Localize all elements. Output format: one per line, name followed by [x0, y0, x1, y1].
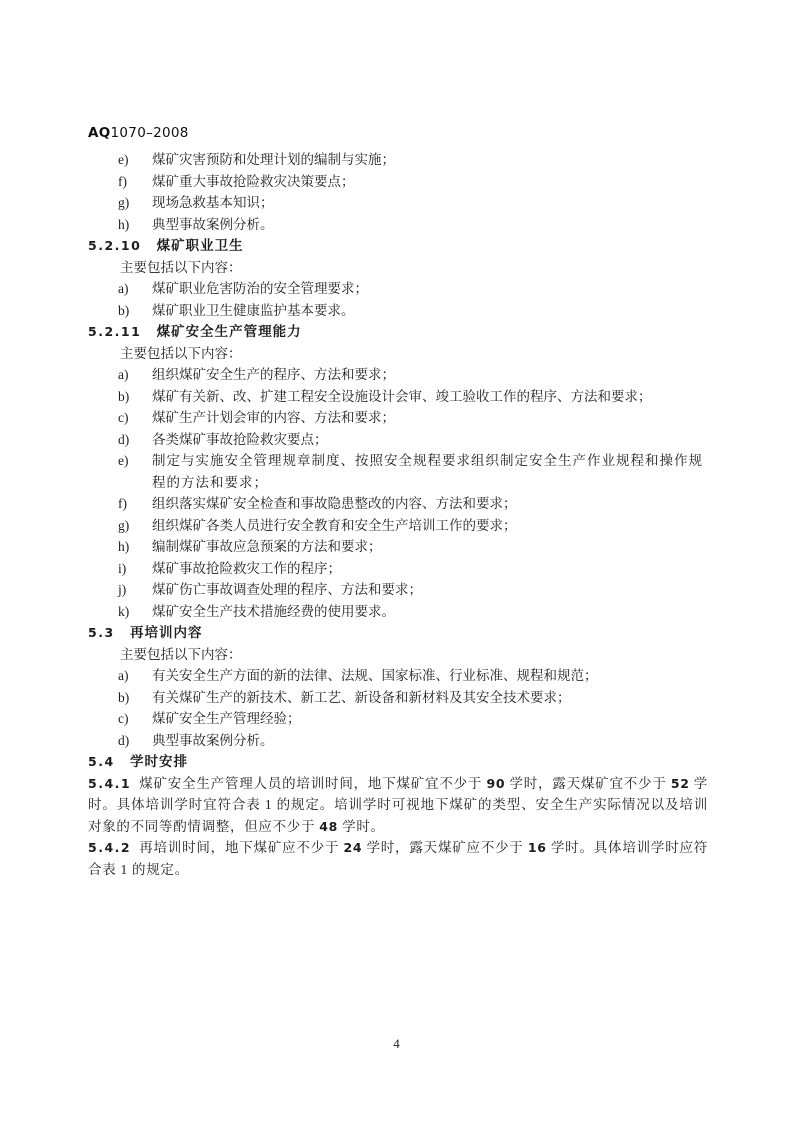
list-item: j) 煤矿伤亡事故调查处理的程序、方法和要求；: [88, 579, 708, 601]
list-item-text: 煤矿职业卫生健康监护基本要求。: [152, 303, 355, 318]
list-item: k) 煤矿安全生产技术措施经费的使用要求。: [88, 601, 708, 623]
standard-code-number: 1070–2008: [111, 125, 189, 141]
list-item-label: b): [118, 687, 129, 709]
list-item-label: b): [118, 386, 129, 408]
section-title: 再培训内容: [130, 625, 203, 640]
list-item-text: 各类煤矿事故抢险救灾要点；: [152, 432, 328, 447]
list-item-text: 煤矿安全生产管理经验；: [152, 711, 301, 726]
list-item-text: 有关煤矿生产的新技术、新工艺、新设备和新材料及其安全技术要求；: [152, 690, 571, 705]
section-heading-5-3: 5.3 再培训内容: [88, 622, 708, 644]
list-item: h) 编制煤矿事故应急预案的方法和要求；: [88, 536, 708, 558]
list-item: b) 有关煤矿生产的新技术、新工艺、新设备和新材料及其安全技术要求；: [88, 687, 708, 709]
clause-5-4-2: 5.4.2再培训时间，地下煤矿应不少于 24 学时，露天煤矿应不少于 16 学时…: [88, 837, 708, 880]
clause-text: 学时，露天煤矿应不少于: [362, 840, 528, 855]
clause-number: 5.4.1: [88, 776, 131, 791]
clause-5-4-1: 5.4.1煤矿安全生产管理人员的培训时间，地下煤矿宜不少于 90 学时，露天煤矿…: [88, 773, 708, 838]
list-item-label: a): [118, 665, 129, 687]
section-title: 学时安排: [130, 754, 188, 769]
list-item: i) 煤矿事故抢险救灾工作的程序；: [88, 558, 708, 580]
hours-value: 48: [319, 819, 338, 834]
list-item: a) 煤矿职业危害防治的安全管理要求；: [88, 278, 708, 300]
list-item: a) 有关安全生产方面的新的法律、法规、国家标准、行业标准、规程和规范；: [88, 665, 708, 687]
list-item: c) 煤矿生产计划会审的内容、方法和要求；: [88, 407, 708, 429]
list-item-label: d): [118, 429, 129, 451]
list-item: c) 煤矿安全生产管理经验；: [88, 708, 708, 730]
list-item-text: 典型事故案例分析。: [152, 217, 274, 232]
document-page: AQ1070–2008 e) 煤矿灾害预防和处理计划的编制与实施； f) 煤矿重…: [0, 0, 793, 1122]
intro-line: 主要包括以下内容：: [88, 257, 708, 279]
standard-code-prefix: AQ: [88, 125, 111, 141]
list-item-text: 煤矿生产计划会审的内容、方法和要求；: [152, 410, 395, 425]
list-item: g) 现场急救基本知识；: [88, 192, 708, 214]
list-item-text: 组织煤矿安全生产的程序、方法和要求；: [152, 367, 395, 382]
list-item: a) 组织煤矿安全生产的程序、方法和要求；: [88, 364, 708, 386]
page-number: 4: [393, 1036, 400, 1051]
hours-value: 52: [671, 776, 690, 791]
list-item-text: 煤矿灾害预防和处理计划的编制与实施；: [152, 152, 395, 167]
list-item-label: c): [118, 708, 129, 730]
clause-text: 再培训时间，地下煤矿应不少于: [139, 840, 343, 855]
list-item-text: 制定与实施安全管理规章制度、按照安全规程要求组织制定安全生产作业规程和操作规程的…: [152, 453, 703, 490]
section-heading-5-2-10: 5.2.10 煤矿职业卫生: [88, 235, 708, 257]
list-item-text: 组织落实煤矿安全检查和事故隐患整改的内容、方法和要求；: [152, 496, 517, 511]
section-heading-5-2-11: 5.2.11 煤矿安全生产管理能力: [88, 321, 708, 343]
list-item-text: 有关安全生产方面的新的法律、法规、国家标准、行业标准、规程和规范；: [152, 668, 598, 683]
list-item-label: e): [118, 450, 129, 472]
list-item-text: 编制煤矿事故应急预案的方法和要求；: [152, 539, 382, 554]
list-item: f) 组织落实煤矿安全检查和事故隐患整改的内容、方法和要求；: [88, 493, 708, 515]
list-item-label: c): [118, 407, 129, 429]
list-item: e) 煤矿灾害预防和处理计划的编制与实施；: [88, 149, 708, 171]
list-item-text: 煤矿有关新、改、扩建工程安全设施设计会审、竣工验收工作的程序、方法和要求；: [152, 389, 652, 404]
list-item-label: h): [118, 536, 129, 558]
section-number: 5.2.10: [88, 238, 141, 253]
clause-text: 学时。: [338, 819, 385, 834]
intro-line: 主要包括以下内容：: [88, 343, 708, 365]
list-item-text: 煤矿重大事故抢险救灾决策要点；: [152, 174, 355, 189]
section-number: 5.4: [88, 754, 115, 769]
list-item: e) 制定与实施安全管理规章制度、按照安全规程要求组织制定安全生产作业规程和操作…: [88, 450, 708, 493]
section-number: 5.2.11: [88, 324, 141, 339]
page-footer: 4: [0, 1036, 793, 1052]
clause-number: 5.4.2: [88, 840, 131, 855]
list-item: d) 各类煤矿事故抢险救灾要点；: [88, 429, 708, 451]
section-number: 5.3: [88, 625, 115, 640]
list-item-label: a): [118, 278, 129, 300]
list-item-label: f): [118, 493, 127, 515]
list-item-label: g): [118, 515, 129, 537]
list-item-label: b): [118, 300, 129, 322]
list-item-label: a): [118, 364, 129, 386]
clause-text: 煤矿安全生产管理人员的培训时间，地下煤矿宜不少于: [139, 776, 486, 791]
list-item-text: 煤矿伤亡事故调查处理的程序、方法和要求；: [152, 582, 422, 597]
list-item-text: 煤矿职业危害防治的安全管理要求；: [152, 281, 368, 296]
list-item-text: 典型事故案例分析。: [152, 733, 274, 748]
document-body: e) 煤矿灾害预防和处理计划的编制与实施； f) 煤矿重大事故抢险救灾决策要点；…: [88, 149, 708, 880]
list-item-label: e): [118, 149, 129, 171]
hours-value: 24: [344, 840, 363, 855]
list-item-text: 煤矿事故抢险救灾工作的程序；: [152, 561, 341, 576]
standard-code-header: AQ1070–2008: [88, 125, 189, 141]
list-item: h) 典型事故案例分析。: [88, 214, 708, 236]
list-item-text: 组织煤矿各类人员进行安全教育和安全生产培训工作的要求；: [152, 518, 517, 533]
list-item-label: d): [118, 730, 129, 752]
list-item-label: i): [118, 558, 126, 580]
list-item: g) 组织煤矿各类人员进行安全教育和安全生产培训工作的要求；: [88, 515, 708, 537]
list-item-label: j): [118, 579, 126, 601]
section-title: 煤矿职业卫生: [157, 238, 244, 253]
list-item: d) 典型事故案例分析。: [88, 730, 708, 752]
hours-value: 90: [486, 776, 505, 791]
list-item: b) 煤矿职业卫生健康监护基本要求。: [88, 300, 708, 322]
list-item-label: f): [118, 171, 127, 193]
list-item: b) 煤矿有关新、改、扩建工程安全设施设计会审、竣工验收工作的程序、方法和要求；: [88, 386, 708, 408]
intro-line: 主要包括以下内容：: [88, 644, 708, 666]
hours-value: 16: [528, 840, 547, 855]
section-heading-5-4: 5.4 学时安排: [88, 751, 708, 773]
list-item-text: 现场急救基本知识；: [152, 195, 274, 210]
list-item: f) 煤矿重大事故抢险救灾决策要点；: [88, 171, 708, 193]
list-item-label: k): [118, 601, 129, 623]
list-item-label: g): [118, 192, 129, 214]
list-item-text: 煤矿安全生产技术措施经费的使用要求。: [152, 604, 395, 619]
clause-text: 学时，露天煤矿宜不少于: [505, 776, 671, 791]
section-title: 煤矿安全生产管理能力: [157, 324, 302, 339]
list-item-label: h): [118, 214, 129, 236]
